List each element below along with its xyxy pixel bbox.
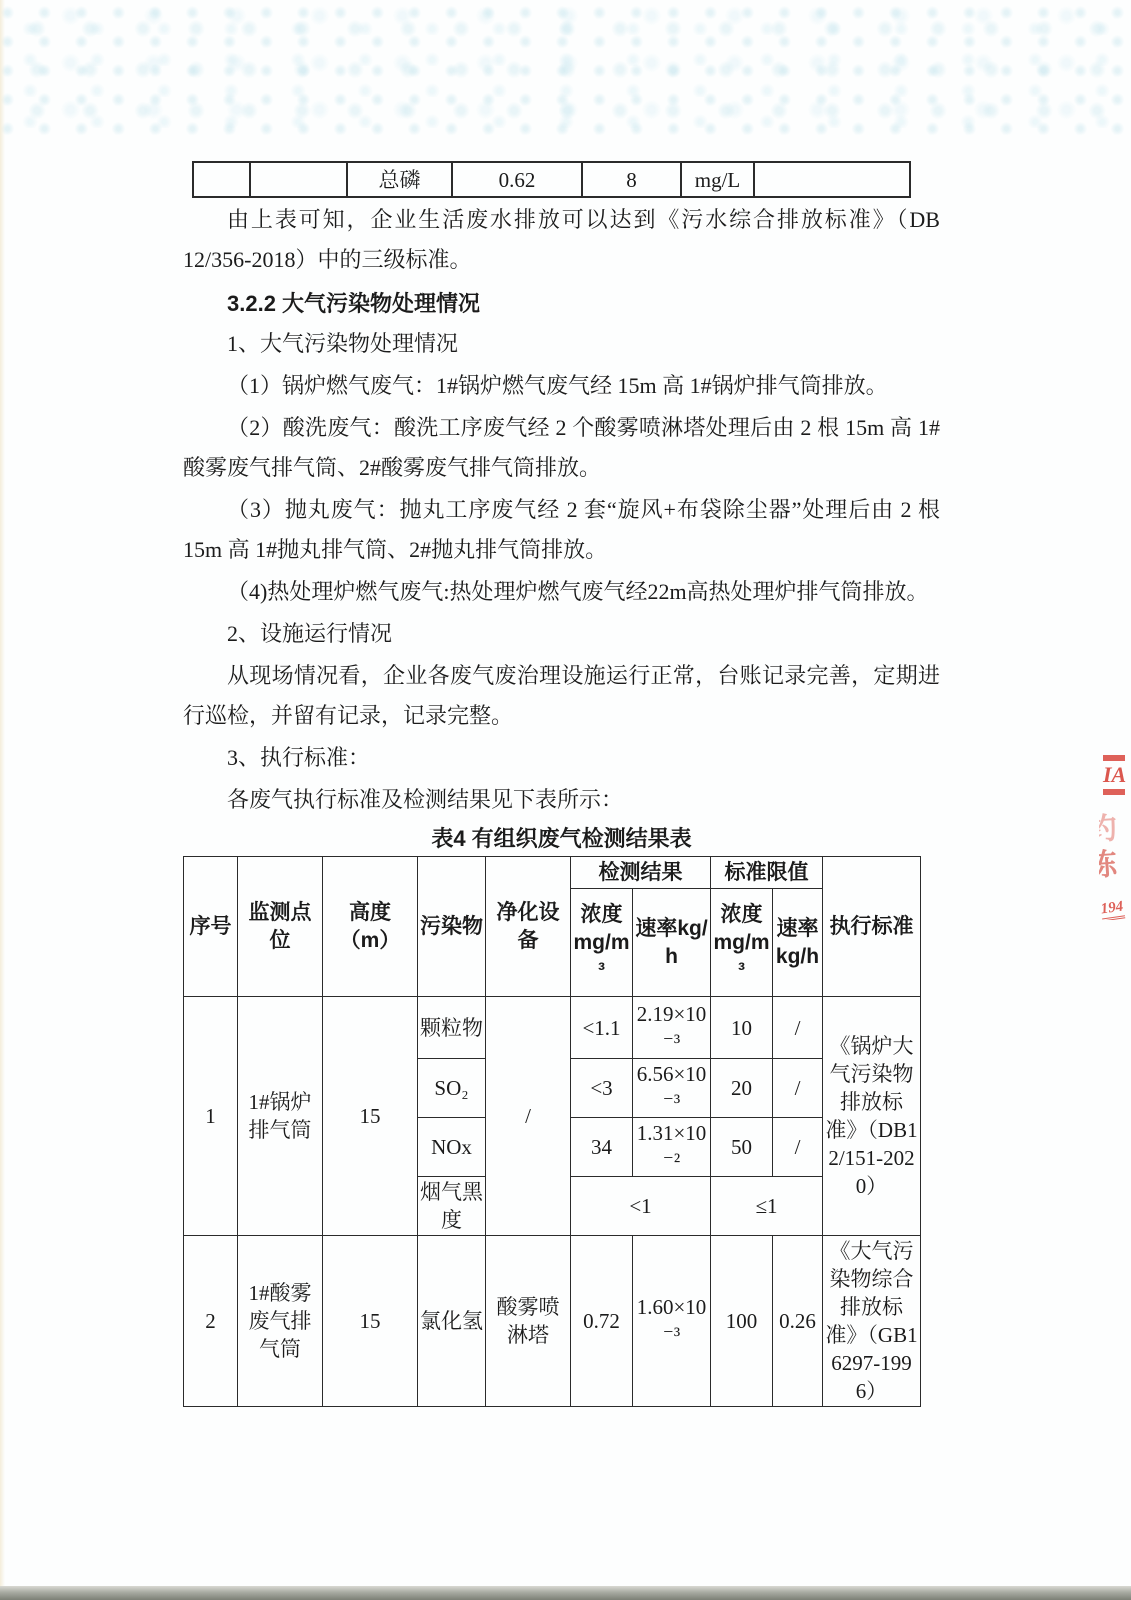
cell-empty [193, 162, 250, 197]
cell-height: 15 [323, 997, 418, 1236]
list-item-1-4: （4)热处理炉燃气废气:热处理炉燃气废气经22m高热处理炉排气筒排放。 [183, 572, 940, 612]
header-device: 净化设备 [486, 857, 571, 997]
header-pollutant: 污染物 [418, 857, 486, 997]
cell-empty [754, 162, 910, 197]
cell-conc: 34 [571, 1118, 633, 1177]
cell-rate: 1.60×10⁻³ [633, 1236, 711, 1407]
cell-limit-rate: / [773, 1059, 823, 1118]
header-limit-group: 标准限值 [711, 857, 823, 889]
cell-standard: 《锅炉大气污染物排放标准》（DB12/151-2020） [823, 997, 921, 1236]
stamp-logo-fragment: IA [1099, 753, 1127, 797]
section-heading-322: 3.2.2 大气污染物处理情况 [183, 286, 940, 322]
cell-rate: 6.56×10⁻³ [633, 1059, 711, 1118]
page-content: 总磷 0.62 8 mg/L 由上表可知，企业生活废水排放可以达到《污水综合排放… [183, 0, 940, 1407]
list-item-1: 1、大气污染物处理情况 [183, 324, 940, 364]
stamp-bar-bottom [1103, 789, 1125, 795]
stamp-text-ia: IA [1103, 763, 1127, 787]
header-height: 高度（m） [323, 857, 418, 997]
cell-merged-limit: ≤1 [711, 1177, 823, 1236]
stamp-bar-top [1103, 755, 1125, 761]
cell-conc: 0.72 [571, 1236, 633, 1407]
stamp-char-fragment: 约 [1099, 813, 1127, 847]
cell-limit: 8 [582, 162, 681, 197]
stamp-number: 194 [1100, 899, 1125, 920]
cell-limit-rate: / [773, 1118, 823, 1177]
waste-gas-results-table: 序号 监测点位 高度（m） 污染物 净化设备 检测结果 标准限值 执行标准 浓度… [183, 856, 921, 1407]
cell-limit-conc: 10 [711, 997, 773, 1059]
header-point: 监测点位 [238, 857, 323, 997]
wastewater-table-fragment: 总磷 0.62 8 mg/L [192, 161, 911, 198]
cell-limit-rate: 0.26 [773, 1236, 823, 1407]
stamp-number-fragment: 194 [1099, 899, 1127, 920]
table-row: 1 1#锅炉排气筒 15 颗粒物 / <1.1 2.19×10⁻³ 10 / 《… [184, 997, 921, 1059]
stamp-char-fragment: 陈 [1099, 849, 1127, 883]
paragraph-table-intro: 各废气执行标准及检测结果见下表所示： [183, 780, 940, 820]
header-limit-rate: 速率kg/h [773, 889, 823, 997]
cell-seq: 1 [184, 997, 238, 1236]
header-seq: 序号 [184, 857, 238, 997]
table-row: 2 1#酸雾废气排气筒 15 氯化氢 酸雾喷淋塔 0.72 1.60×10⁻³ … [184, 1236, 921, 1407]
paper-left-edge [0, 0, 5, 1600]
cell-pollutant: SO₂ [418, 1059, 486, 1118]
cell-pollutant: 颗粒物 [418, 997, 486, 1059]
header-result-group: 检测结果 [571, 857, 711, 889]
table-row: 总磷 0.62 8 mg/L [193, 162, 910, 197]
cell-device: / [486, 997, 571, 1236]
header-row-groups: 序号 监测点位 高度（m） 污染物 净化设备 检测结果 标准限值 执行标准 [184, 857, 921, 889]
cell-conc: <1.1 [571, 997, 633, 1059]
header-rate: 速率kg/h [633, 889, 711, 997]
cell-device: 酸雾喷淋塔 [486, 1236, 571, 1407]
list-item-1-2: （2）酸洗废气：酸洗工序废气经 2 个酸雾喷淋塔处理后由 2 根 15m 高 1… [183, 408, 940, 488]
header-standard: 执行标准 [823, 857, 921, 997]
paragraph-conclusion: 由上表可知，企业生活废水排放可以达到《污水综合排放标准》（DB 12/356-2… [183, 200, 940, 280]
stamp-char-1: 约 [1099, 813, 1118, 847]
red-stamp-fragments: IA 约 陈 194 [1099, 753, 1129, 920]
header-limit-conc: 浓度mg/m³ [711, 889, 773, 997]
cell-rate: 2.19×10⁻³ [633, 997, 711, 1059]
cell-parameter: 总磷 [347, 162, 452, 197]
cell-pollutant: 烟气黑度 [418, 1177, 486, 1236]
table4-title: 表4 有组织废气检测结果表 [183, 822, 940, 856]
list-item-3: 3、执行标准： [183, 738, 940, 778]
document-page: 总磷 0.62 8 mg/L 由上表可知，企业生活废水排放可以达到《污水综合排放… [0, 0, 1131, 1600]
list-item-1-3: （3）抛丸废气：抛丸工序废气经 2 套“旋风+布袋除尘器”处理后由 2 根 15… [183, 490, 940, 570]
cell-conc: <3 [571, 1059, 633, 1118]
header-conc: 浓度mg/m³ [571, 889, 633, 997]
cell-limit-conc: 20 [711, 1059, 773, 1118]
cell-merged-result: <1 [571, 1177, 711, 1236]
cell-empty [250, 162, 347, 197]
cell-height: 15 [323, 1236, 418, 1407]
cell-pollutant: 氯化氢 [418, 1236, 486, 1407]
cell-limit-rate: / [773, 997, 823, 1059]
paper-bottom-edge [0, 1586, 1131, 1600]
cell-point: 1#锅炉排气筒 [238, 997, 323, 1236]
cell-point: 1#酸雾废气排气筒 [238, 1236, 323, 1407]
cell-limit-conc: 100 [711, 1236, 773, 1407]
stamp-char-2: 陈 [1099, 849, 1118, 883]
list-item-2: 2、设施运行情况 [183, 614, 940, 654]
cell-limit-conc: 50 [711, 1118, 773, 1177]
cell-unit: mg/L [681, 162, 754, 197]
cell-standard: 《大气污染物综合排放标准》（GB16297-1996） [823, 1236, 921, 1407]
cell-pollutant: NOx [418, 1118, 486, 1177]
cell-value: 0.62 [452, 162, 582, 197]
cell-rate: 1.31×10⁻² [633, 1118, 711, 1177]
cell-seq: 2 [184, 1236, 238, 1407]
list-item-1-1: （1）锅炉燃气废气：1#锅炉燃气废气经 15m 高 1#锅炉排气筒排放。 [183, 366, 940, 406]
paragraph-operation: 从现场情况看，企业各废气废治理设施运行正常，台账记录完善，定期进行巡检，并留有记… [183, 656, 940, 736]
